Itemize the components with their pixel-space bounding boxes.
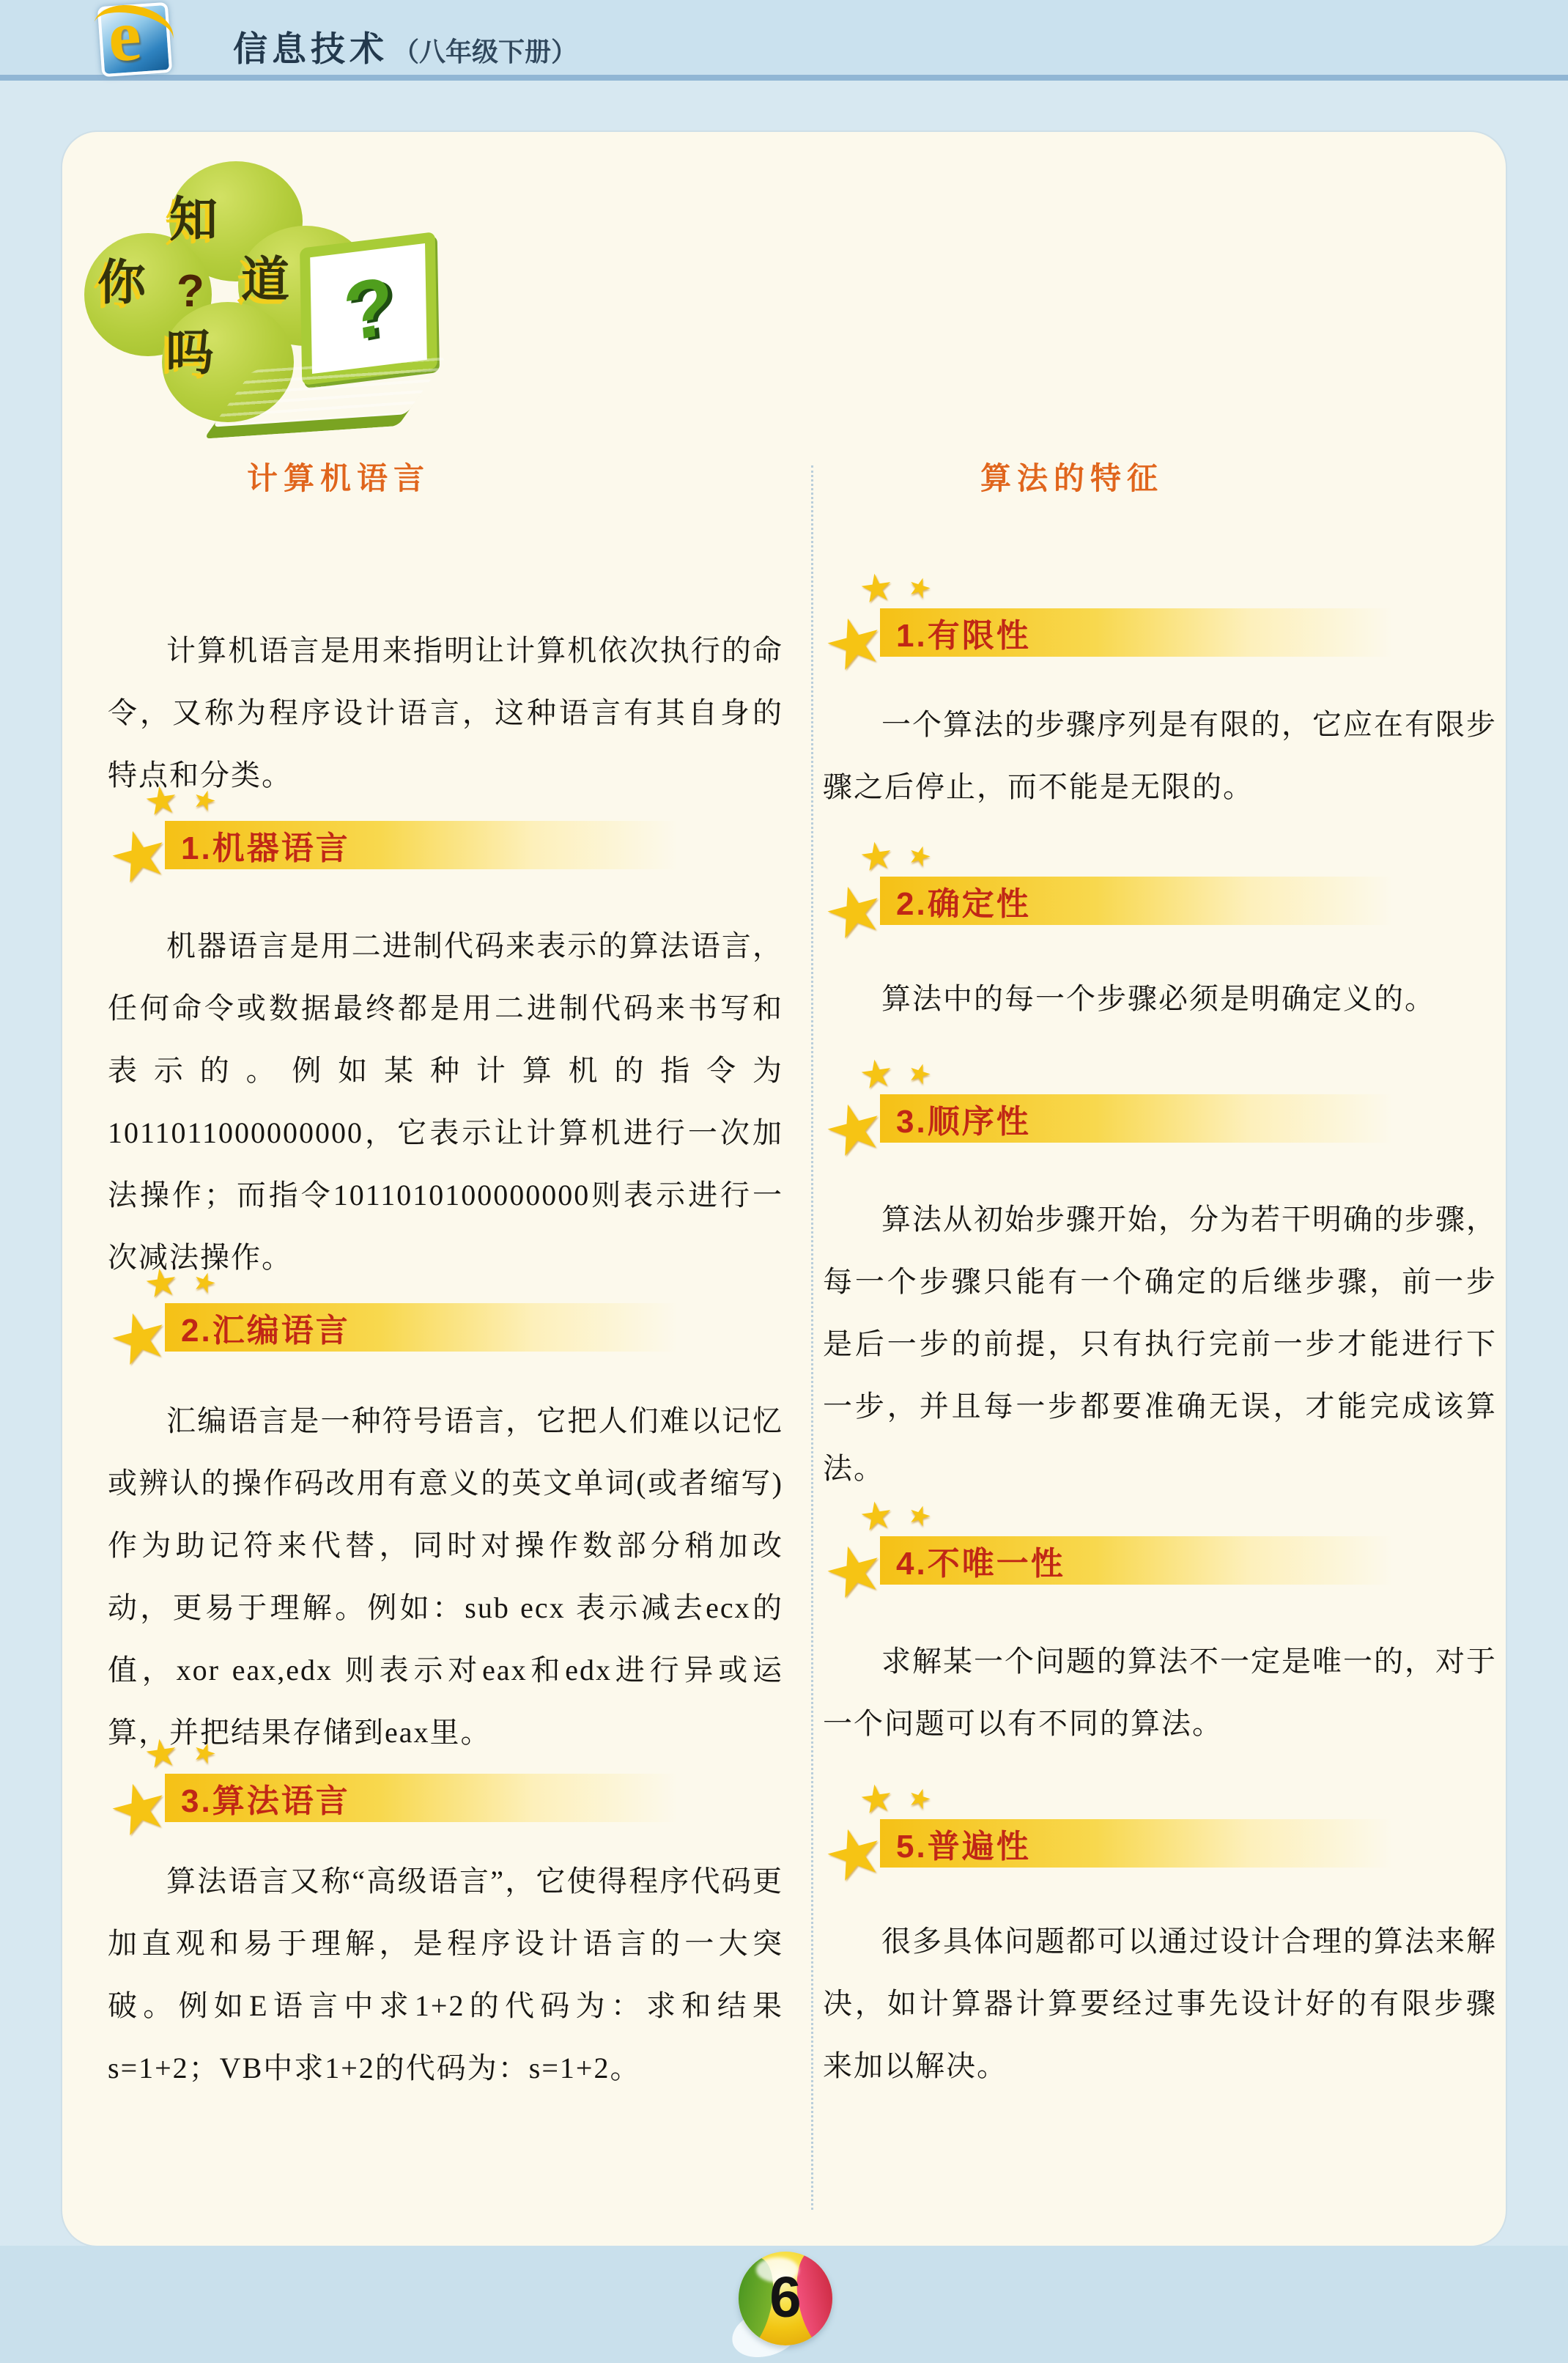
laptop-question-mark: ? xyxy=(340,257,398,360)
star-icon-medium: ★ xyxy=(142,1733,181,1776)
section-heading-assembly-language: ★ ★ ★ 2.汇编语言 xyxy=(108,1303,783,1352)
section-title: 1.有限性 xyxy=(896,609,1031,656)
right-column: 算法的特征 ★ ★ ★ 1.有限性 一个算法的步骤序列是有限的，它应在有限步骤之… xyxy=(823,454,1497,2097)
section-banner: 2.汇编语言 xyxy=(165,1303,678,1352)
ie-e-logo-icon: e xyxy=(97,2,172,77)
star-icon-medium: ★ xyxy=(857,1054,896,1096)
algorithm-language-paragraph: 算法语言又称“高级语言”，它使得程序代码更加直观和易于理解，是程序设计语言的一大… xyxy=(108,1850,783,2099)
badge-question-mark: ? xyxy=(177,265,204,317)
section-banner: 5.普遍性 xyxy=(880,1819,1393,1868)
left-column-heading: 计算机语言 xyxy=(108,454,783,498)
assembly-language-paragraph: 汇编语言是一种符号语言，它把人们难以记忆或辨认的操作码改用有意义的英文单词(或者… xyxy=(108,1390,783,1763)
star-icon-medium: ★ xyxy=(857,1779,896,1821)
non-uniqueness-paragraph: 求解某一个问题的算法不一定是唯一的，对于一个问题可以有不同的算法。 xyxy=(823,1630,1497,1755)
section-heading-machine-language: ★ ★ ★ 1.机器语言 xyxy=(108,821,783,869)
column-divider xyxy=(811,465,813,2210)
section-title: 3.顺序性 xyxy=(896,1095,1031,1142)
section-banner: 3.算法语言 xyxy=(165,1774,678,1822)
header-band: e 信息技术 （八年级下册） xyxy=(0,0,1568,81)
section-title: 3.算法语言 xyxy=(181,1774,350,1821)
right-column-heading: 算法的特征 xyxy=(823,454,1497,498)
finiteness-paragraph: 一个算法的步骤序列是有限的，它应在有限步骤之后停止，而不能是无限的。 xyxy=(823,693,1497,818)
badge-char-ni: 你 xyxy=(97,258,146,306)
section-banner: 4.不唯一性 xyxy=(880,1536,1393,1585)
star-icon-medium: ★ xyxy=(142,1263,181,1305)
section-title: 2.汇编语言 xyxy=(181,1304,350,1351)
star-icon-small: ★ xyxy=(904,1058,935,1090)
page-number-ball: 6 xyxy=(739,2252,832,2345)
book-title-main: 信息技术 xyxy=(233,22,388,71)
section-title: 4.不唯一性 xyxy=(896,1537,1065,1584)
textbook-page: { "header": { "logo_letter": "e", "title… xyxy=(0,0,1568,2363)
section-heading-universality: ★ ★ ★ 5.普遍性 xyxy=(823,1819,1497,1868)
star-icon-small: ★ xyxy=(904,1783,935,1815)
book-title-volume: （八年级下册） xyxy=(393,32,577,69)
star-icon-medium: ★ xyxy=(857,836,896,879)
page-card: 知 你 ? 道 吗 ? 计算机语言 计算机语言是用来指明让计算机依次执行的命令，… xyxy=(62,132,1506,2246)
section-heading-definiteness: ★ ★ ★ 2.确定性 xyxy=(823,877,1497,925)
section-title: 5.普遍性 xyxy=(896,1820,1031,1867)
section-banner: 2.确定性 xyxy=(880,877,1393,925)
laptop-keyboard xyxy=(204,357,447,438)
star-icon-medium: ★ xyxy=(857,1496,896,1538)
definiteness-paragraph: 算法中的每一个步骤必须是明确定义的。 xyxy=(823,967,1497,1030)
section-banner: 3.顺序性 xyxy=(880,1094,1393,1143)
star-icon-medium: ★ xyxy=(857,568,896,611)
universality-paragraph: 很多具体问题都可以通过设计合理的算法来解决，如计算器计算要经过事先设计好的有限步… xyxy=(823,1910,1497,2097)
do-you-know-badge: 知 你 ? 道 吗 ? xyxy=(83,161,453,451)
badge-char-zhi: 知 xyxy=(169,195,218,243)
machine-language-paragraph: 机器语言是用二进制代码来表示的算法语言，任何命令或数据最终都是用二进制代码来书写… xyxy=(108,915,783,1289)
section-title: 1.机器语言 xyxy=(181,822,350,869)
section-banner: 1.机器语言 xyxy=(165,821,678,869)
section-heading-algorithm-language: ★ ★ ★ 3.算法语言 xyxy=(108,1774,783,1822)
star-icon-small: ★ xyxy=(904,1500,935,1532)
star-icon-medium: ★ xyxy=(142,781,181,823)
logo-letter: e xyxy=(106,0,144,78)
badge-char-ma: 吗 xyxy=(166,328,214,377)
sequentiality-paragraph: 算法从初始步骤开始，分为若干明确的步骤，每一个步骤只能有一个确定的后继步骤，前一… xyxy=(823,1188,1497,1500)
left-column: 计算机语言 计算机语言是用来指明让计算机依次执行的命令，又称为程序设计语言，这种… xyxy=(108,454,783,2099)
section-heading-finiteness: ★ ★ ★ 1.有限性 xyxy=(823,608,1497,657)
section-banner: 1.有限性 xyxy=(880,608,1393,657)
page-number: 6 xyxy=(739,2264,832,2331)
section-title: 2.确定性 xyxy=(896,877,1031,924)
star-icon-small: ★ xyxy=(904,572,935,604)
computer-language-intro-paragraph: 计算机语言是用来指明让计算机依次执行的命令，又称为程序设计语言，这种语言有其自身… xyxy=(108,619,783,806)
laptop-icon: ? xyxy=(233,240,445,437)
section-heading-non-uniqueness: ★ ★ ★ 4.不唯一性 xyxy=(823,1536,1497,1585)
section-heading-sequentiality: ★ ★ ★ 3.顺序性 xyxy=(823,1094,1497,1143)
star-icon-small: ★ xyxy=(904,840,935,872)
book-title: 信息技术 （八年级下册） xyxy=(233,22,577,71)
